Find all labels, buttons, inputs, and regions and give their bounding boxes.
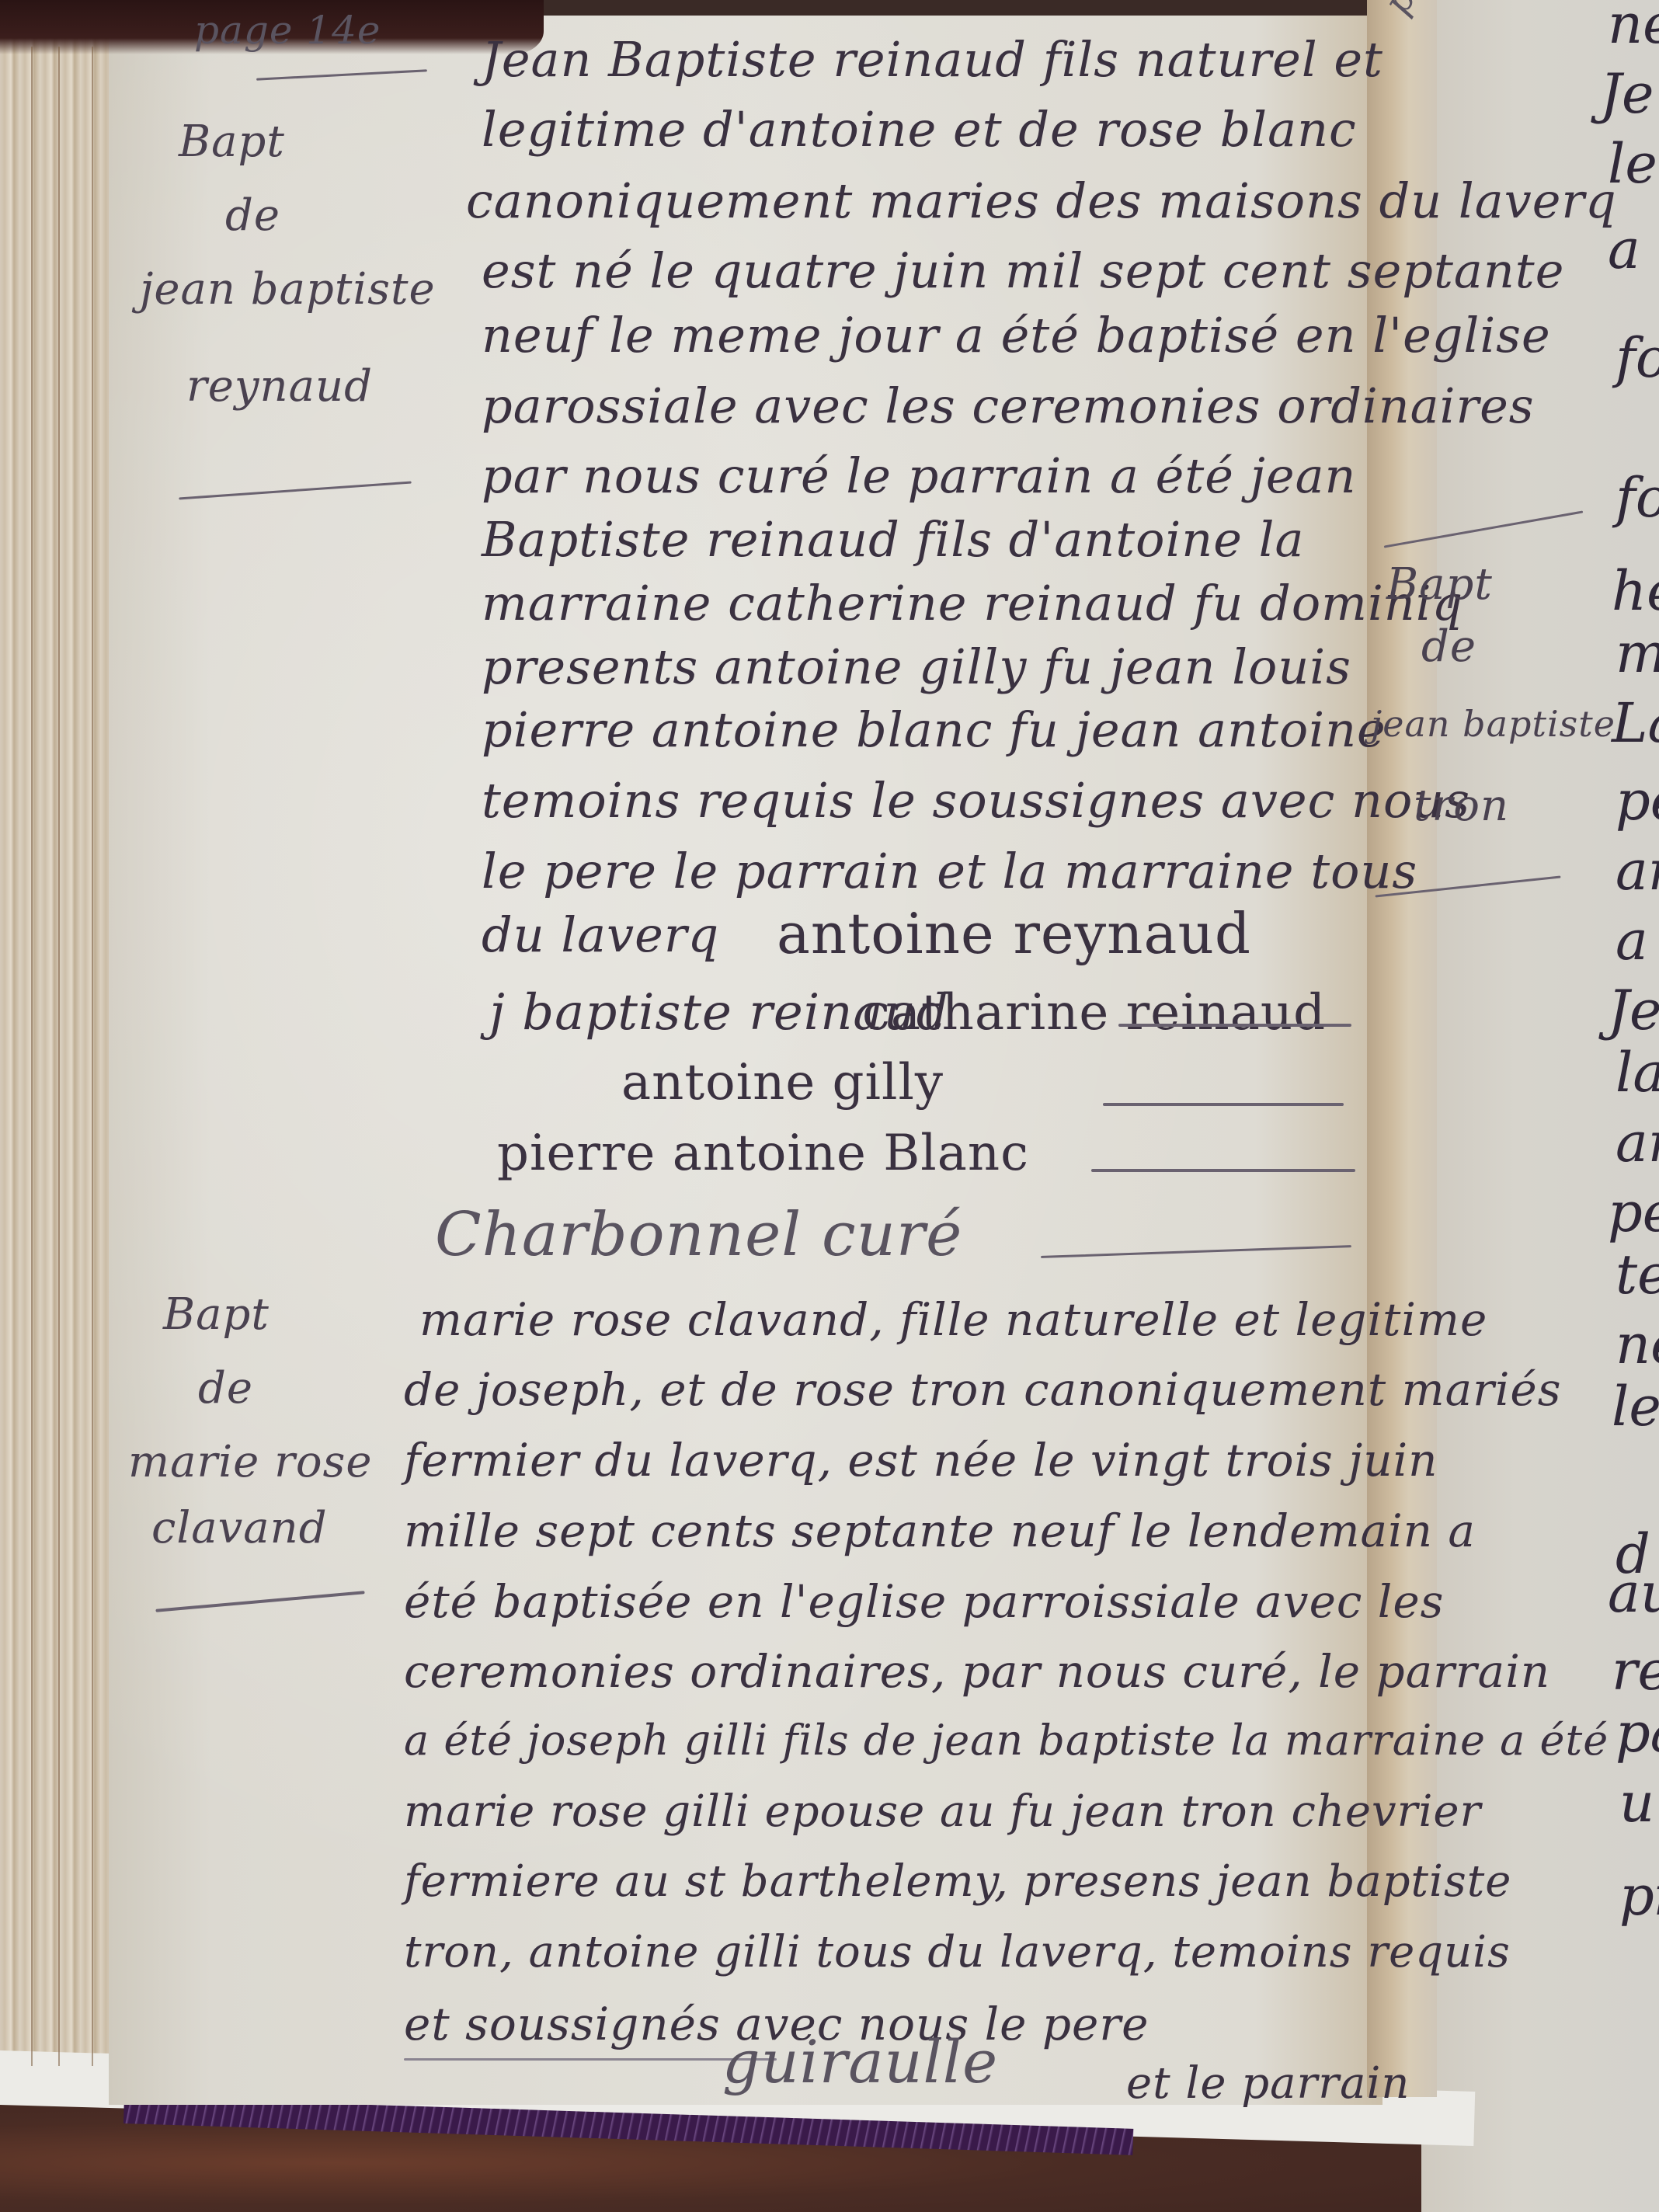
margin-note-surname: reynaud xyxy=(186,361,373,412)
right-page-text: a xyxy=(1616,909,1648,972)
right-page-text: pa xyxy=(1616,1701,1659,1765)
right-page-text: te xyxy=(1616,1243,1659,1306)
signature: pierre antoine Blanc xyxy=(497,1125,1029,1182)
page-edge-line xyxy=(92,47,93,2066)
entry1-line: le pere le parrain et la marraine tous xyxy=(482,843,1417,899)
cure-signature: Charbonnel curé xyxy=(435,1200,962,1270)
margin-note-de: de xyxy=(225,190,280,241)
right-page-text: ne xyxy=(1616,1313,1659,1376)
margin-note-bapt: Bapt xyxy=(179,117,285,167)
right-page-text: a xyxy=(1608,217,1640,281)
entry1-line: temoins requis le soussignes avec nous xyxy=(482,772,1470,829)
entry2-line: fermier du laverq, est née le vingt troi… xyxy=(404,1434,1438,1487)
right-page-text: la xyxy=(1616,1041,1659,1104)
page-label: page 14e xyxy=(194,8,381,53)
signature-rule xyxy=(1118,1024,1351,1027)
signature-rule xyxy=(1103,1103,1344,1106)
page-edge-line xyxy=(31,47,33,2066)
entry1-line: par nous curé le parrain a été jean xyxy=(482,447,1356,504)
right-page-text: pe xyxy=(1616,769,1659,833)
entry1-line: parossiale avec les ceremonies ordinaire… xyxy=(482,377,1535,434)
entry1-line: Baptiste reinaud fils d'antoine la xyxy=(482,511,1304,568)
entry2-line: a été joseph gilli fils de jean baptiste… xyxy=(404,1716,1609,1765)
entry2-line: fermiere au st barthelemy, presens jean … xyxy=(404,1856,1511,1907)
page-edge-line xyxy=(58,47,60,2066)
right-page-text: u xyxy=(1619,1771,1654,1835)
entry2-line: et le parrain xyxy=(1126,2058,1410,2109)
signature-rule xyxy=(1091,1169,1355,1172)
signature: catharine reinaud xyxy=(862,984,1326,1042)
right-page-text: pe xyxy=(1608,1181,1659,1244)
right-page-text: re xyxy=(1612,1639,1659,1702)
right-page-text: au xyxy=(1608,1561,1659,1625)
right-page-text: he xyxy=(1612,559,1659,623)
margin-note-bapt: Bapt xyxy=(163,1289,270,1340)
entry1-line: neuf le meme jour a été baptisé en l'egl… xyxy=(482,307,1551,363)
right-margin-name: jean baptiste xyxy=(1371,703,1616,745)
signature: guiraulle xyxy=(722,2027,998,2096)
entry2-line: tron, antoine gilli tous du laverq, temo… xyxy=(404,1927,1511,1977)
entry1-line: canoniquement maries des maisons du lave… xyxy=(466,172,1617,229)
entry2-line: été baptisée en l'eglise parroissiale av… xyxy=(404,1575,1444,1628)
right-margin-de: de xyxy=(1421,621,1476,672)
right-page-text: m xyxy=(1616,621,1659,685)
closing-rule xyxy=(404,2058,777,2061)
entry1-line: pierre antoine blanc fu jean antoine xyxy=(482,701,1386,758)
right-page-text: fo xyxy=(1616,466,1659,530)
entry1-line: legitime d'antoine et de rose blanc xyxy=(482,101,1357,158)
right-page-text: Je xyxy=(1608,979,1659,1042)
right-page-text: ne xyxy=(1608,0,1659,56)
entry1-line: Jean Baptiste reinaud fils naturel et xyxy=(482,31,1383,88)
right-page-text: Je xyxy=(1600,62,1654,126)
margin-note-name: marie rose xyxy=(128,1437,372,1487)
right-margin-surname: tron xyxy=(1414,781,1509,831)
entry1-line: presents antoine gilly fu jean louis xyxy=(482,638,1351,695)
entry2-line: mille sept cents septante neuf le lendem… xyxy=(404,1504,1476,1557)
signature: antoine gilly xyxy=(621,1054,944,1111)
right-page-text: an xyxy=(1616,839,1659,903)
entry2-line: ceremonies ordinaires, par nous curé, le… xyxy=(404,1645,1550,1698)
entry1-line: est né le quatre juin mil sept cent sept… xyxy=(482,242,1564,299)
right-page-text: fo xyxy=(1616,326,1659,390)
margin-note-surname: clavand xyxy=(151,1503,328,1553)
entry2-line: marie rose gilli epouse au fu jean tron … xyxy=(404,1786,1481,1837)
right-page-text: La xyxy=(1612,691,1659,755)
signature: antoine reynaud xyxy=(777,901,1251,966)
margin-note-name: jean baptiste xyxy=(140,264,436,315)
entry1-line: du laverq xyxy=(482,906,719,963)
right-page-text: an xyxy=(1616,1111,1659,1174)
entry2-line: marie rose clavand, fille naturelle et l… xyxy=(419,1293,1487,1346)
entry1-line: marraine catherine reinaud fu dominiq xyxy=(482,575,1463,631)
right-page-text: le xyxy=(1608,132,1657,196)
margin-note-de: de xyxy=(198,1363,253,1414)
right-margin-bapt: Bapt xyxy=(1386,559,1493,610)
entry2-line: de joseph, et de rose tron canoniquement… xyxy=(404,1363,1562,1416)
right-page-text: pi xyxy=(1619,1864,1659,1928)
right-page-text: le xyxy=(1612,1375,1659,1438)
